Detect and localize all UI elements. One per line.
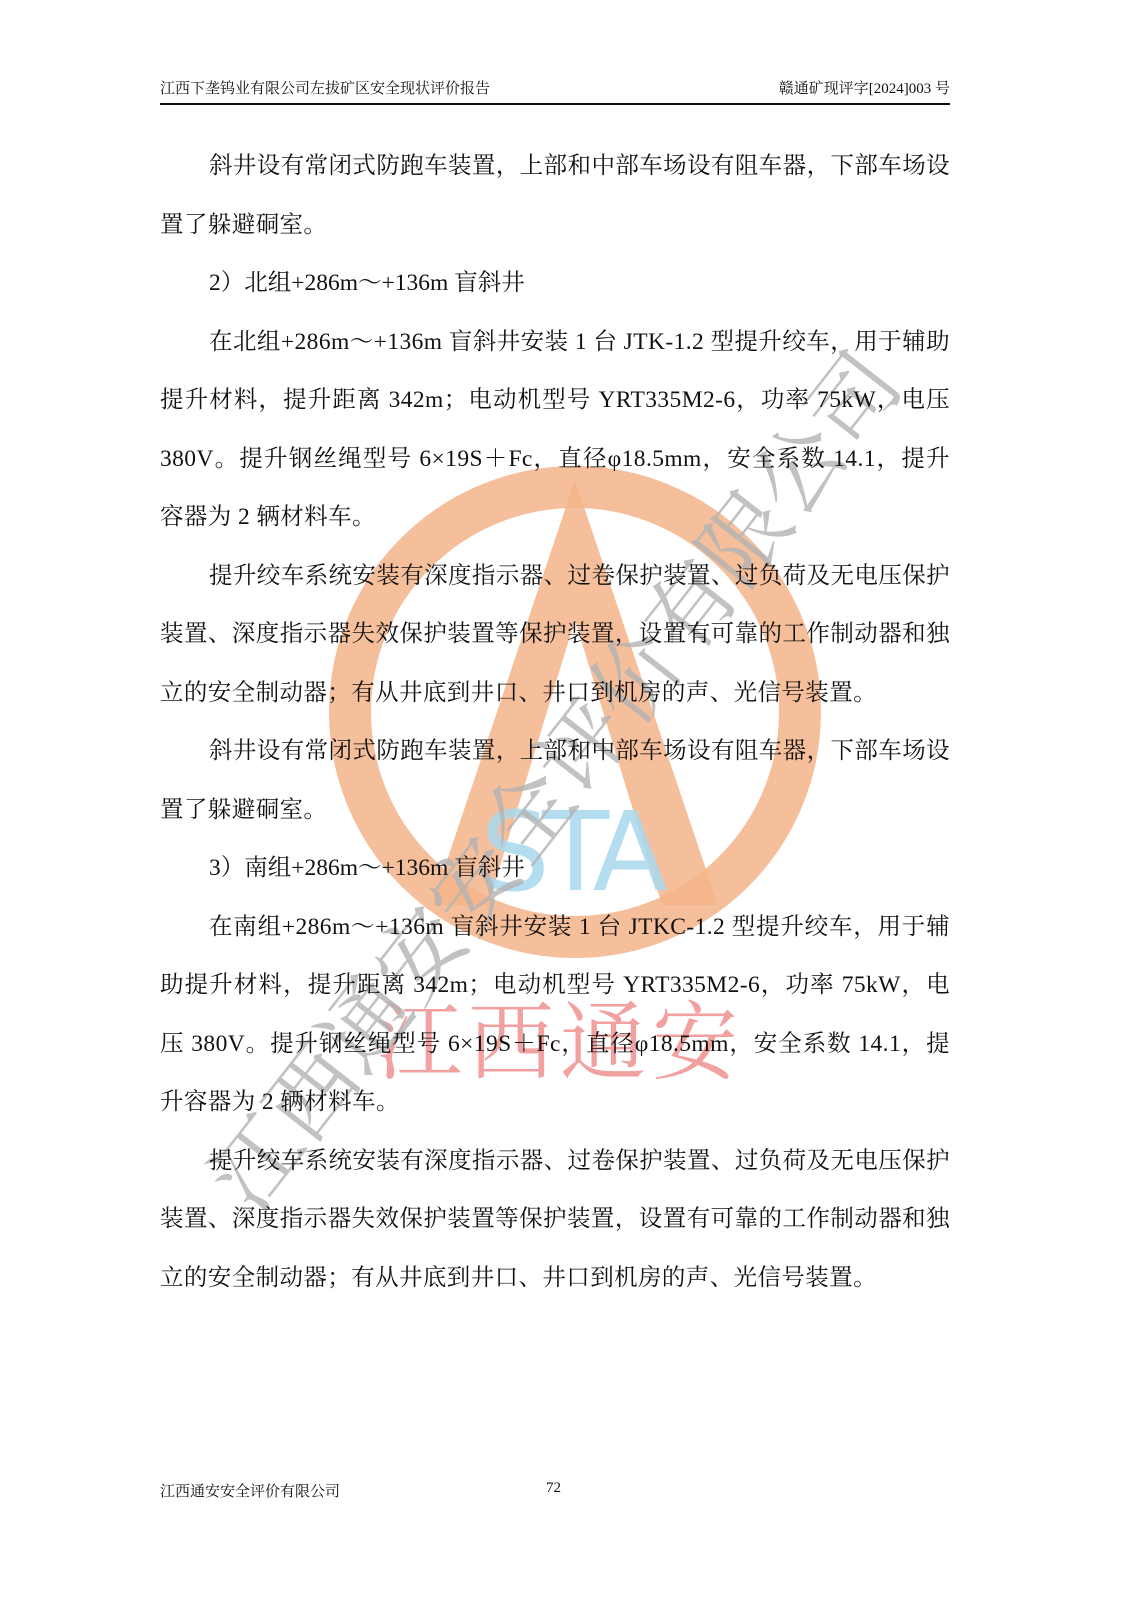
- section-heading: 2）北组+286m～+136m 盲斜井: [160, 254, 950, 313]
- paragraph: 斜井设有常闭式防跑车装置，上部和中部车场设有阻车器，下部车场设置了躲避硐室。: [160, 137, 950, 254]
- document-page: STA 江西通安 江西通安安全评价有限公司 江西下垄钨业有限公司左拔矿区安全现状…: [0, 0, 1131, 1600]
- section-heading: 3）南组+286m～+136m 盲斜井: [160, 839, 950, 898]
- paragraph: 提升绞车系统安装有深度指示器、过卷保护装置、过负荷及无电压保护装置、深度指示器失…: [160, 1132, 950, 1308]
- report-title: 江西下垄钨业有限公司左拔矿区安全现状评价报告: [160, 79, 490, 99]
- paragraph: 提升绞车系统安装有深度指示器、过卷保护装置、过负荷及无电压保护装置、深度指示器失…: [160, 547, 950, 723]
- document-body: 斜井设有常闭式防跑车装置，上部和中部车场设有阻车器，下部车场设置了躲避硐室。 2…: [160, 137, 950, 1307]
- page-number: 72: [546, 1480, 561, 1497]
- paragraph: 在南组+286m～+136m 盲斜井安装 1 台 JTKC-1.2 型提升绞车，…: [160, 898, 950, 1132]
- document-number: 赣通矿现评字[2024]003 号: [779, 79, 950, 99]
- page-header: 江西下垄钨业有限公司左拔矿区安全现状评价报告 赣通矿现评字[2024]003 号: [160, 79, 950, 105]
- page-footer: 江西通安安全评价有限公司 72: [160, 1480, 950, 1504]
- paragraph: 在北组+286m～+136m 盲斜井安装 1 台 JTK-1.2 型提升绞车，用…: [160, 313, 950, 547]
- footer-company: 江西通安安全评价有限公司: [160, 1480, 340, 1501]
- paragraph: 斜井设有常闭式防跑车装置，上部和中部车场设有阻车器，下部车场设置了躲避硐室。: [160, 722, 950, 839]
